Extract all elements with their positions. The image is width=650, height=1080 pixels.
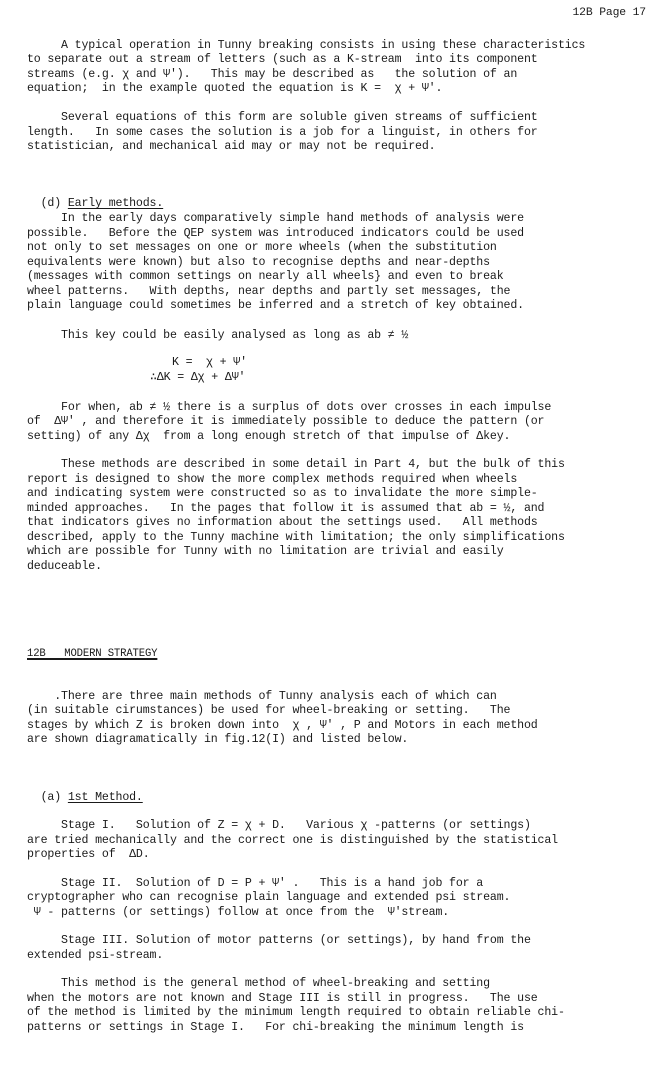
text-line: patterns or settings in Stage I. For chi… xyxy=(27,1021,524,1035)
page-number: 12B Page 17 xyxy=(572,6,646,20)
paragraph-key-analysed: This key could be easily analysed as lon… xyxy=(27,329,408,343)
section-prefix: (d) xyxy=(41,197,68,210)
text-line: These methods are described in some deta… xyxy=(27,458,565,472)
text-line: .There are three main methods of Tunny a… xyxy=(27,690,497,704)
text-line: In the early days comparatively simple h… xyxy=(27,212,524,226)
text-line: This method is the general method of whe… xyxy=(27,977,490,991)
text-line: A typical operation in Tunny breaking co… xyxy=(27,39,585,53)
text-line: are tried mechanically and the correct o… xyxy=(27,834,558,848)
text-line: cryptographer who can recognise plain la… xyxy=(27,891,510,905)
text-line: to separate out a stream of letters (suc… xyxy=(27,53,538,67)
section-title: Early methods. xyxy=(68,197,163,210)
text-line: Stage I. Solution of Z = χ + D. Various … xyxy=(27,819,531,833)
section-heading-1st-method: (a) 1st Method. xyxy=(27,777,143,806)
text-line: statistician, and mechanical aid may or … xyxy=(27,140,435,154)
text-line: described, apply to the Tunny machine wi… xyxy=(27,531,565,545)
text-line: equation; in the example quoted the equa… xyxy=(27,82,442,96)
text-line: properties of ΔD. xyxy=(27,848,150,862)
text-line: Stage III. Solution of motor patterns (o… xyxy=(27,934,531,948)
text-line: Stage II. Solution of D = P + Ψ' . This … xyxy=(27,877,483,891)
text-line: (messages with common settings on nearly… xyxy=(27,270,504,284)
equation-line: ∴ΔK = Δχ + ΔΨ' xyxy=(150,371,245,385)
section-heading-early-methods: (d) Early methods. xyxy=(27,183,163,212)
text-line: stages by which Z is broken down into χ … xyxy=(27,719,538,733)
text-line: report is designed to show the more comp… xyxy=(27,473,517,487)
text-line: Several equations of this form are solub… xyxy=(27,111,538,125)
text-line: of ΔΨ' , and therefore it is immediately… xyxy=(27,415,544,429)
text-line: equivalents were known) but also to reco… xyxy=(27,256,490,270)
text-line: are shown diagramatically in fig.12(I) a… xyxy=(27,733,408,747)
text-line: minded approaches. In the pages that fol… xyxy=(27,502,544,516)
text-line: when the motors are not known and Stage … xyxy=(27,992,538,1006)
text-line: (in suitable cirumstances) be used for w… xyxy=(27,704,510,718)
text-line: wheel patterns. With depths, near depths… xyxy=(27,285,510,299)
text-line: and indicating system were constructed s… xyxy=(27,487,538,501)
section-title: 1st Method. xyxy=(68,791,143,804)
text-line: extended psi-stream. xyxy=(27,949,163,963)
text-line: plain language could sometimes be inferr… xyxy=(27,299,524,313)
section-heading-modern-strategy: 12B MODERN STRATEGY xyxy=(27,647,157,661)
text-line: setting) of any Δχ from a long enough st… xyxy=(27,430,510,444)
text-line: deduceable. xyxy=(27,560,102,574)
text-line: possible. Before the QEP system was intr… xyxy=(27,227,524,241)
text-line: which are possible for Tunny with no lim… xyxy=(27,545,504,559)
text-line: streams (e.g. χ and Ψ'). This may be des… xyxy=(27,68,517,82)
text-line: For when, ab ≠ ½ there is a surplus of d… xyxy=(27,401,551,415)
section-prefix: (a) xyxy=(41,791,68,804)
text-line: length. In some cases the solution is a … xyxy=(27,126,538,140)
text-line: Ψ - patterns (or settings) follow at onc… xyxy=(27,906,449,920)
equation-line: K = χ + Ψ' xyxy=(172,356,247,370)
text-line: not only to set messages on one or more … xyxy=(27,241,497,255)
text-line: of the method is limited by the minimum … xyxy=(27,1006,565,1020)
text-line: that indicators gives no information abo… xyxy=(27,516,538,530)
